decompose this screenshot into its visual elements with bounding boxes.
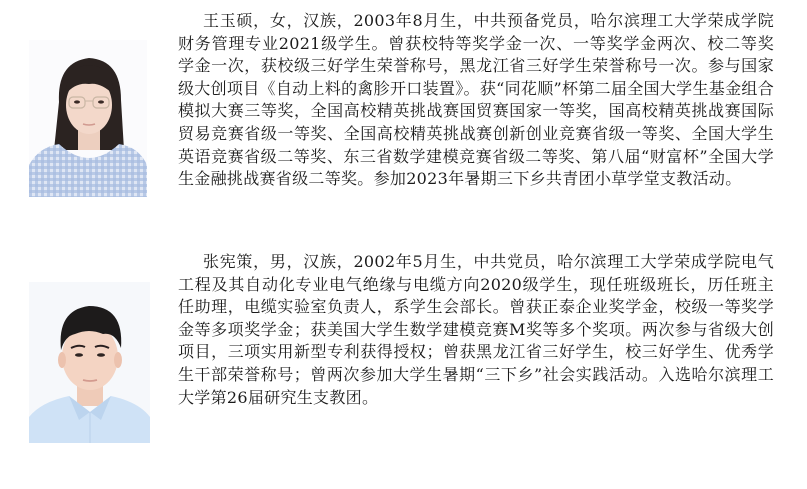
bio-text: 王玉硕，女，汉族，2003年8月生，中共预备党员，哈尔滨理工大学荣成学院财务管理… — [178, 10, 774, 191]
bio-text: 张宪策，男，汉族，2002年5月生，中共党员，哈尔滨理工大学荣成学院电气工程及其… — [178, 251, 774, 409]
profile-photo — [29, 40, 147, 197]
portrait-image — [29, 40, 147, 197]
profile-photo — [29, 282, 150, 443]
portrait-image — [29, 282, 150, 443]
